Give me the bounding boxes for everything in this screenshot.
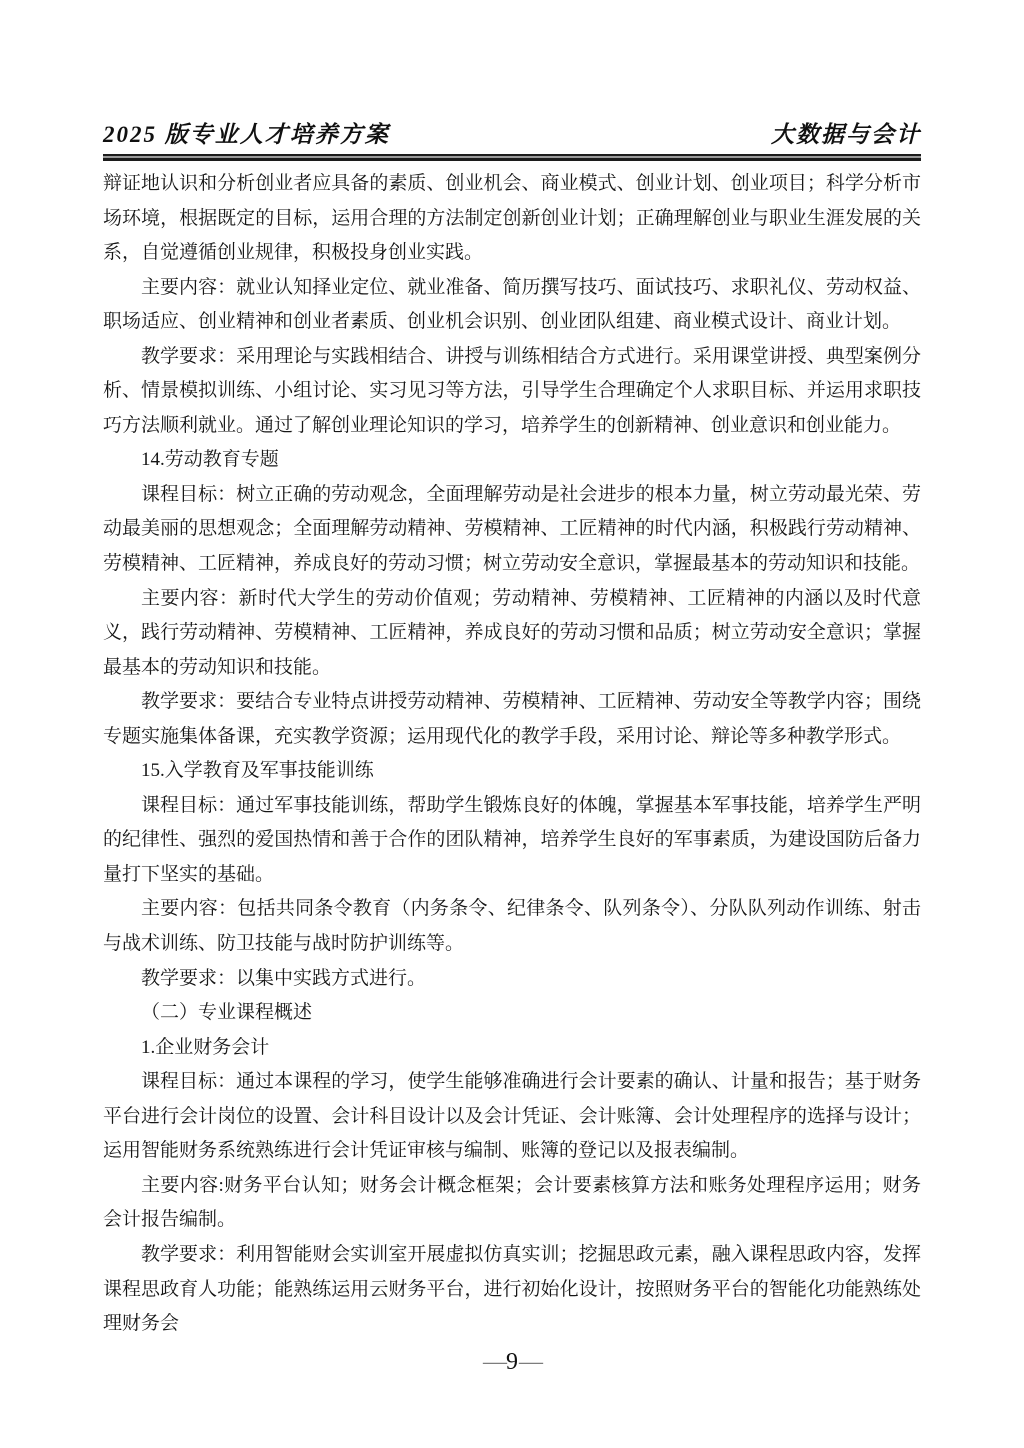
page-number-dash-left: — (483, 1349, 505, 1375)
heading-section-2-professional-courses: （二）专业课程概述 (103, 996, 921, 1031)
paragraph-teaching-requirements-military: 教学要求：以集中实践方式进行。 (103, 962, 921, 997)
paragraph-main-content-labor: 主要内容：新时代大学生的劳动价值观；劳动精神、劳模精神、工匠精神的内涵以及时代意… (103, 582, 921, 686)
paragraph-main-content-military: 主要内容：包括共同条令教育（内务条令、纪律条令、队列条令）、分队队列动作训练、射… (103, 892, 921, 961)
heading-14-labor-education: 14.劳动教育专题 (103, 443, 921, 478)
header-row: 2025 版专业人才培养方案 大数据与会计 (103, 116, 921, 149)
paragraph-main-content-accounting: 主要内容:财务平台认知；财务会计概念框架；会计要素核算方法和账务处理程序运用；财… (103, 1169, 921, 1238)
page-footer: —9— (0, 1349, 1024, 1376)
paragraph-teaching-requirements-labor: 教学要求：要结合专业特点讲授劳动精神、劳模精神、工匠精神、劳动安全等教学内容；围… (103, 685, 921, 754)
paragraph-course-objectives-labor: 课程目标：树立正确的劳动观念，全面理解劳动是社会进步的根本力量，树立劳动最光荣、… (103, 478, 921, 582)
page-number: 9 (505, 1349, 519, 1375)
page-number-dash-right: — (519, 1349, 541, 1375)
header-left-title: 2025 版专业人才培养方案 (103, 116, 390, 149)
paragraph-course-objectives-accounting: 课程目标：通过本课程的学习，使学生能够准确进行会计要素的确认、计量和报告；基于财… (103, 1065, 921, 1169)
heading-15-military-training: 15.入学教育及军事技能训练 (103, 754, 921, 789)
paragraph-entrepreneurship-continuation: 辩证地认识和分析创业者应具备的素质、创业机会、商业模式、创业计划、创业项目；科学… (103, 167, 921, 271)
paragraph-teaching-requirements-accounting: 教学要求：利用智能财会实训室开展虚拟仿真实训；挖掘思政元素，融入课程思政内容，发… (103, 1238, 921, 1342)
page-header: 2025 版专业人才培养方案 大数据与会计 (103, 116, 921, 161)
paragraph-main-content-employment: 主要内容：就业认知择业定位、就业准备、简历撰写技巧、面试技巧、求职礼仪、劳动权益… (103, 271, 921, 340)
header-right-title: 大数据与会计 (771, 116, 921, 149)
paragraph-teaching-requirements-employment: 教学要求：采用理论与实践相结合、讲授与训练相结合方式进行。采用课堂讲授、典型案例… (103, 340, 921, 444)
heading-1-enterprise-financial-accounting: 1.企业财务会计 (103, 1031, 921, 1066)
header-rule (103, 154, 921, 161)
document-page: 2025 版专业人才培养方案 大数据与会计 辩证地认识和分析创业者应具备的素质、… (0, 0, 1024, 1448)
paragraph-course-objectives-military: 课程目标：通过军事技能训练，帮助学生锻炼良好的体魄，掌握基本军事技能，培养学生严… (103, 789, 921, 893)
document-body: 辩证地认识和分析创业者应具备的素质、创业机会、商业模式、创业计划、创业项目；科学… (103, 167, 921, 1342)
